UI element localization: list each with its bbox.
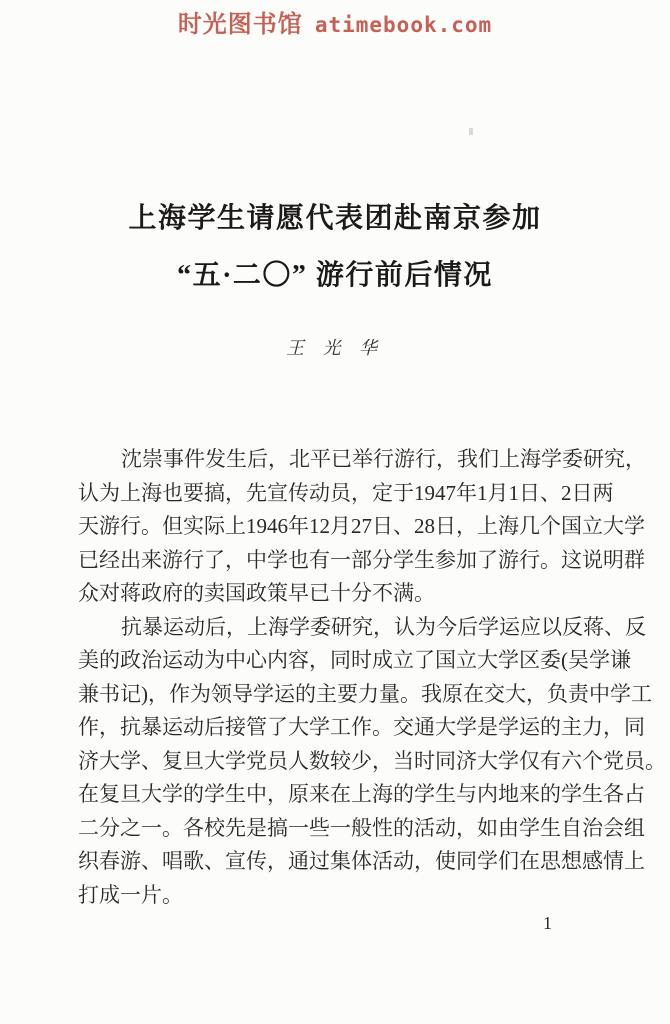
body-line: 兼书记)，作为领导学运的主要力量。我原在交大，负责中学工 xyxy=(78,678,602,712)
body-line: 沈崇事件发生后，北平已举行游行，我们上海学委研究， xyxy=(78,443,602,477)
watermark: 时光图书馆atimebook.com xyxy=(0,4,670,39)
scanned-page: 时光图书馆atimebook.com 上海学生请愿代表团赴南京参加 “五·二〇”… xyxy=(0,0,670,1024)
document-title-line1: 上海学生请愿代表团赴南京参加 xyxy=(0,196,670,236)
body-line: 众对蒋政府的卖国政策早已十分不满。 xyxy=(78,577,602,611)
document-title-line2: “五·二〇” 游行前后情况 xyxy=(0,253,670,293)
author-name: 王 光 华 xyxy=(0,334,670,360)
body-line: 织春游、唱歌、宣传，通过集体活动，使同学们在思想感情上 xyxy=(78,845,602,879)
body-line: 美的政治运动为中心内容，同时成立了国立大学区委(吴学谦 xyxy=(78,644,602,678)
body-line: 打成一片。 xyxy=(78,879,602,913)
watermark-site-url: atimebook.com xyxy=(315,13,492,37)
scan-speck xyxy=(469,128,473,135)
body-line: 作，抗暴运动后接管了大学工作。交通大学是学运的主力，同 xyxy=(78,711,602,745)
body-line: 天游行。但实际上1946年12月27日、28日，上海几个国立大学 xyxy=(78,510,602,544)
document-body: 沈崇事件发生后，北平已举行游行，我们上海学委研究， 认为上海也要搞，先宣传动员，… xyxy=(78,443,602,912)
body-line: 二分之一。各校先是搞一些一般性的活动，如由学生自治会组 xyxy=(78,812,602,846)
body-line: 抗暴运动后，上海学委研究，认为今后学运应以反蒋、反 xyxy=(78,611,602,645)
body-line: 济大学、复旦大学党员人数较少，当时同济大学仅有六个党员。 xyxy=(78,745,602,779)
watermark-site-name: 时光图书馆 xyxy=(178,11,303,38)
body-line: 认为上海也要搞，先宣传动员，定于1947年1月1日、2日两 xyxy=(78,477,602,511)
body-line: 已经出来游行了，中学也有一部分学生参加了游行。这说明群 xyxy=(78,544,602,578)
page-number: 1 xyxy=(543,913,552,934)
body-line: 在复旦大学的学生中，原来在上海的学生与内地来的学生各占 xyxy=(78,778,602,812)
